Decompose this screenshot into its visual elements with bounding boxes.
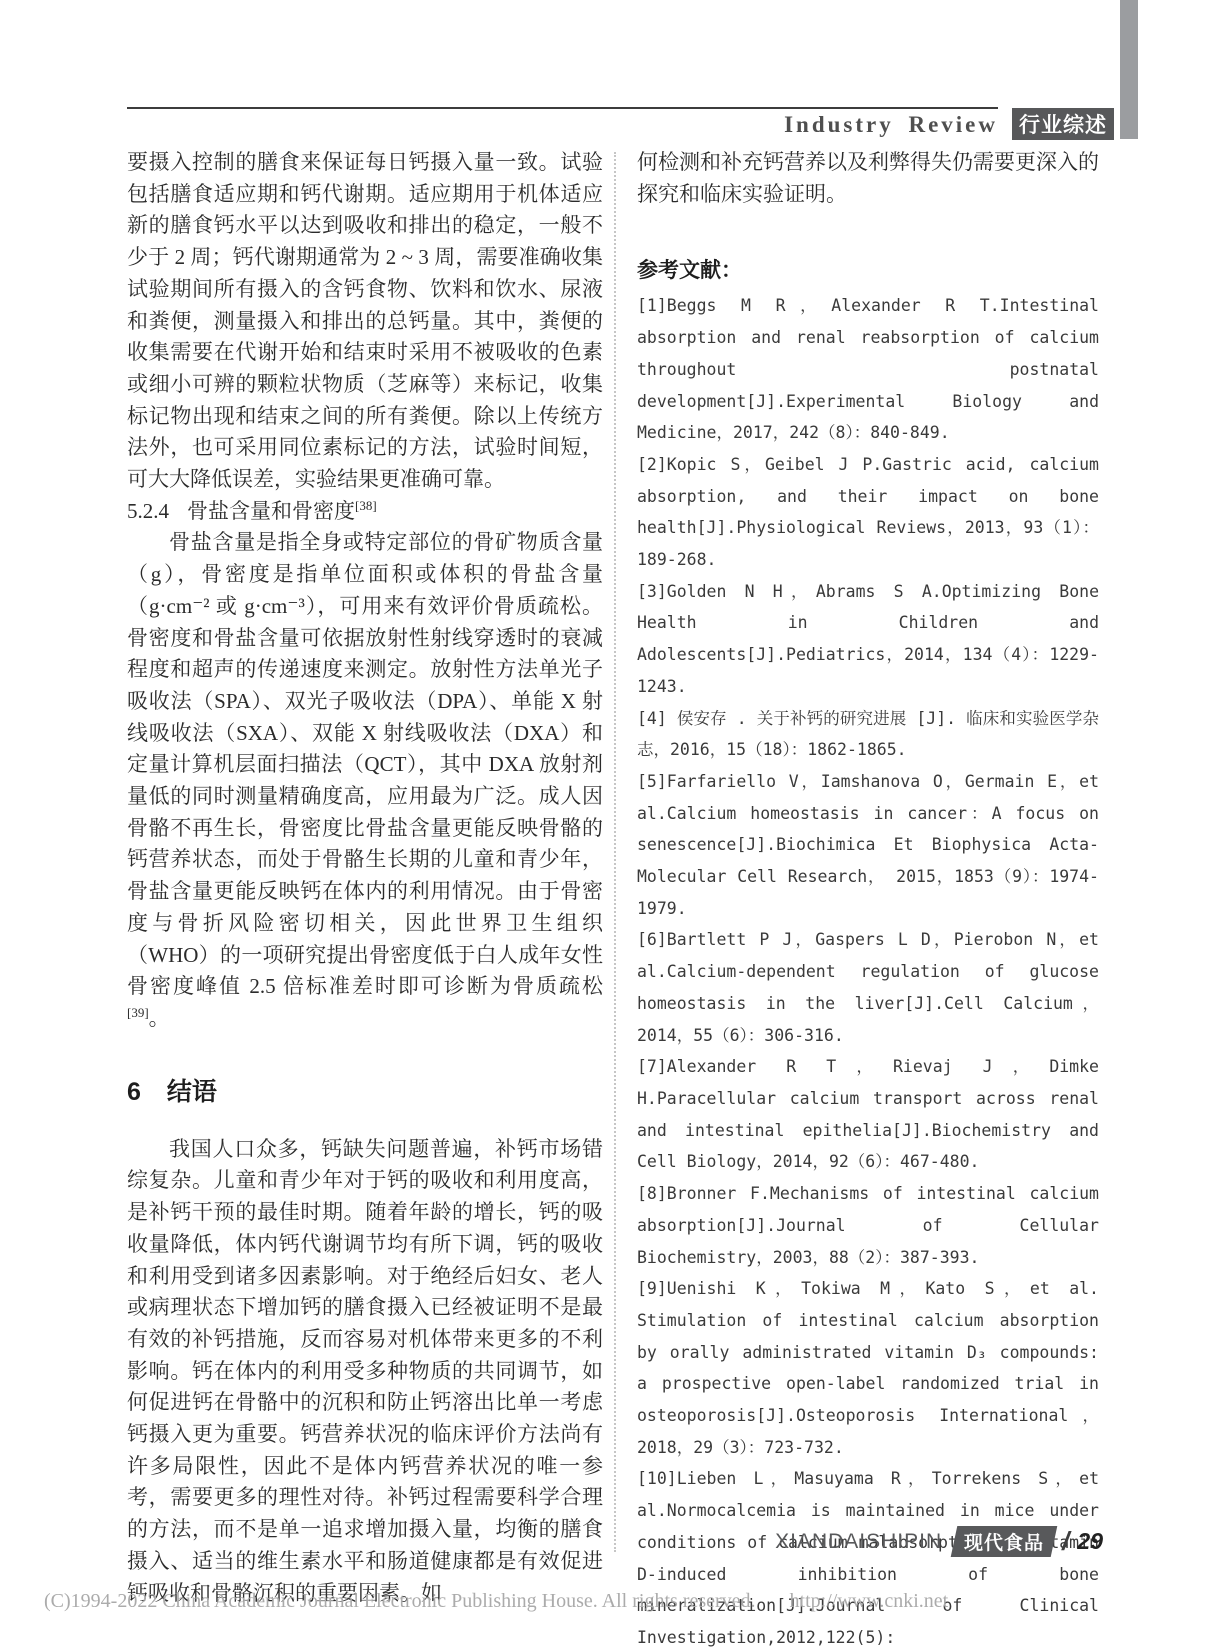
page-footer: XIANDAISHIPIN 现代食品 / 29 <box>775 1526 1103 1557</box>
header-section-title-en: Industry Review <box>784 112 998 138</box>
section-title: 结语 <box>167 1078 217 1106</box>
header-section-title-zh: 行业综述 <box>1019 109 1107 139</box>
paragraph-bone-density-text: 骨盐含量是指全身或特定部位的骨矿物质含量（g），骨密度是指单位面积或体积的骨盐含… <box>127 530 603 998</box>
copyright-line: (C)1994-2022 China Academic Journal Elec… <box>44 1590 948 1613</box>
paragraph-bone-density-end: 。 <box>149 1006 170 1030</box>
column-left: 要摄入控制的膳食来保证每日钙摄入量一致。试验包括膳食适应期和钙代谢期。适应期用于… <box>127 147 603 1609</box>
footer-journal-badge: 现代食品 <box>951 1526 1058 1557</box>
paragraph-conclusion: 我国人口众多，钙缺失问题普遍，补钙市场错综复杂。儿童和青少年对于钙的吸收和利用度… <box>127 1134 603 1610</box>
copyright-notice: (C)1994-2022 China Academic Journal Elec… <box>44 1590 756 1612</box>
citation-38: [38] <box>355 498 377 513</box>
references-heading: 参考文献： <box>637 254 1099 284</box>
reference-item-3: [3]Golden N H，Abrams S A.Optimizing Bone… <box>637 576 1099 703</box>
header-section-badge: 行业综述 <box>1012 108 1114 140</box>
reference-item-6: [6]Bartlett P J，Gaspers L D，Pierobon N，e… <box>637 924 1099 1051</box>
paragraph-conclusion-continued: 何检测和补充钙营养以及利弊得失仍需要更深入的探究和临床实验证明。 <box>637 147 1099 210</box>
subsection-title: 骨盐含量和骨密度 <box>187 499 355 523</box>
reference-item-2: [2]Kopic S，Geibel J P.Gastric acid, calc… <box>637 449 1099 576</box>
section-number: 6 <box>127 1078 141 1106</box>
column-right: 何检测和补充钙营养以及利弊得失仍需要更深入的探究和临床实验证明。 参考文献： [… <box>637 147 1099 1649</box>
header-rule <box>127 107 998 109</box>
footer-journal-name-zh: 现代食品 <box>964 1528 1044 1555</box>
side-accent-bar <box>1120 0 1138 139</box>
section-heading-conclusion: 6结语 <box>127 1072 603 1108</box>
subsection-heading-524: 5.2.4骨盐含量和骨密度[38] <box>127 496 603 528</box>
copyright-url: http://www.cnki.net <box>790 1590 949 1612</box>
reference-item-7: [7]Alexander R T，Rievaj J，Dimke H.Parace… <box>637 1051 1099 1178</box>
journal-page: Industry Review 行业综述 要摄入控制的膳食来保证每日钙摄入量一致… <box>0 0 1224 1649</box>
reference-item-1: [1]Beggs M R，Alexander R T.Intestinal ab… <box>637 290 1099 449</box>
reference-item-4: [4] 侯安存 . 关于补钙的研究进展 [J]. 临床和实验医学杂志，2016，… <box>637 703 1099 766</box>
paragraph-bone-density: 骨盐含量是指全身或特定部位的骨矿物质含量（g），骨密度是指单位面积或体积的骨盐含… <box>127 527 603 1034</box>
footer-journal-name-romanized: XIANDAISHIPIN <box>775 1530 942 1554</box>
reference-item-5: [5]Farfariello V，Iamshanova O，Germain E，… <box>637 766 1099 925</box>
reference-item-9: [9]Uenishi K，Tokiwa M，Kato S，et al. Stim… <box>637 1273 1099 1463</box>
reference-item-8: [8]Bronner F.Mechanisms of intestinal ca… <box>637 1178 1099 1273</box>
citation-39: [39] <box>127 1005 149 1020</box>
footer-page-number: 29 <box>1077 1528 1103 1555</box>
paragraph-diet-control: 要摄入控制的膳食来保证每日钙摄入量一致。试验包括膳食适应期和钙代谢期。适应期用于… <box>127 147 603 496</box>
column-divider <box>614 152 616 1552</box>
footer-separator: / <box>1062 1526 1069 1557</box>
subsection-number: 5.2.4 <box>127 499 169 523</box>
